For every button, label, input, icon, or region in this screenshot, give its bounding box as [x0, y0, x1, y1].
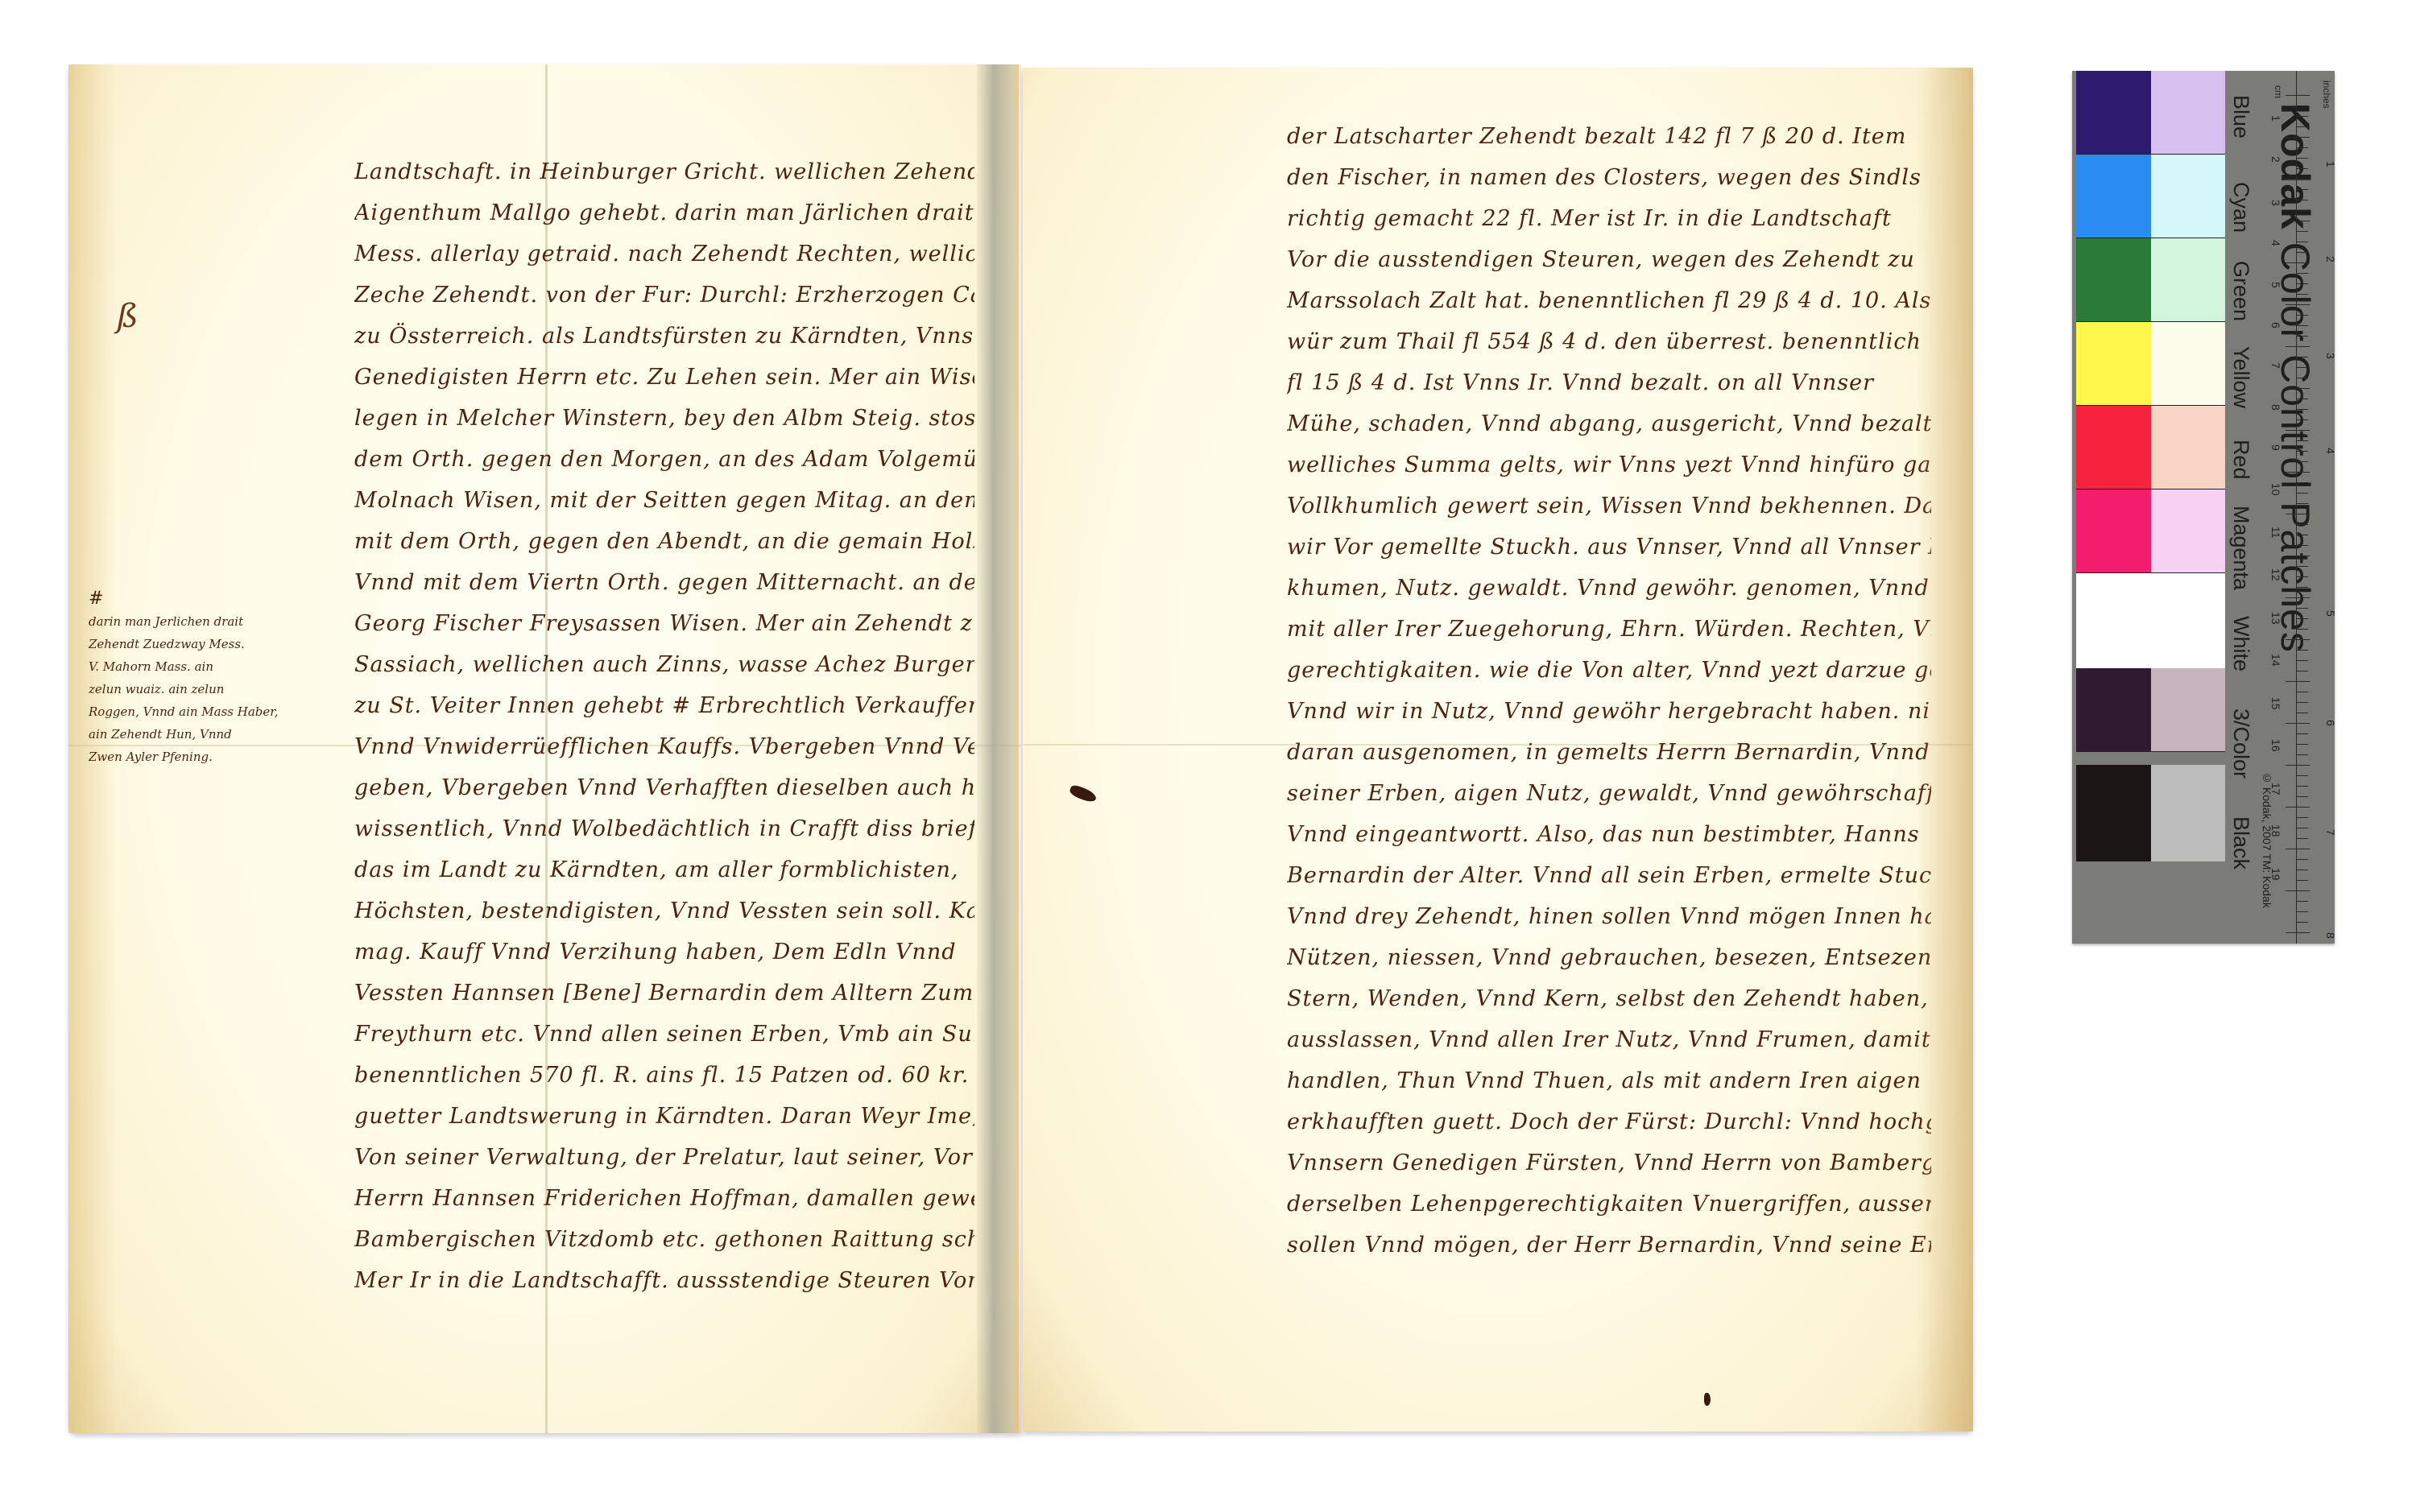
- ruler-tick: [2297, 817, 2308, 818]
- text-line: ausslassen, Vnnd allen Irer Nutz, Vnnd F…: [1287, 1019, 1931, 1060]
- margin-annotation-line: Zehendt Zuedzway Mess.: [89, 633, 279, 655]
- inch-tick-label: 4: [2324, 448, 2337, 454]
- text-line: Vnnsern Genedigen Fürsten, Vnnd Herrn vo…: [1287, 1142, 1931, 1184]
- cm-tick-label: 14: [2269, 654, 2282, 667]
- ruler-tick: [2297, 242, 2308, 242]
- text-line: das im Landt zu Kärndten, am aller formb…: [354, 849, 974, 890]
- cm-tick-label: 3: [2269, 200, 2282, 206]
- ruler-tick: [2297, 126, 2308, 127]
- text-line: Herrn Hannsen Friderichen Hoffman, damal…: [354, 1178, 974, 1219]
- ruler-tick: [2297, 733, 2308, 734]
- text-line: Stern, Wenden, Vnnd Kern, selbst den Zeh…: [1287, 978, 1931, 1019]
- text-line: welliches Summa gelts, wir Vnns yezt Vnn…: [1287, 444, 1931, 485]
- text-line: guetter Landtswerung in Kärndten. Daran …: [354, 1096, 974, 1137]
- margin-annotation-line: zelun wuaiz. ain zelun: [89, 678, 279, 700]
- patch-red-light: [2151, 406, 2225, 490]
- ruler-tick: [2297, 451, 2308, 452]
- text-line: Aigenthum Mallgo gehebt. darin man Järli…: [354, 192, 974, 233]
- text-line: Vnnd eingeantwortt. Also, das nun bestim…: [1287, 814, 1931, 855]
- ruler-tick: [2297, 200, 2308, 200]
- ruler-tick: [2297, 409, 2308, 410]
- inch-tick-label: 6: [2324, 720, 2337, 726]
- text-line: Bernardin der Alter. Vnnd all sein Erben…: [1287, 855, 1931, 896]
- text-line: mit aller Irer Zuegehorung, Ehrn. Würden…: [1287, 609, 1931, 650]
- ruler-tick: [2297, 252, 2308, 253]
- margin-annotation-line: Roggen, Vnnd ain Mass Haber,: [89, 700, 279, 723]
- ruler-tick: [2297, 419, 2308, 420]
- patch-3color-light: [2151, 668, 2225, 752]
- ruler-tick: [2297, 880, 2308, 881]
- text-line: Molnach Wisen, mit der Seitten gegen Mit…: [354, 480, 974, 521]
- patch-magenta-dark: [2076, 490, 2151, 573]
- ruler-tick: [2286, 890, 2310, 891]
- text-line: Bambergischen Vitzdomb etc. gethonen Rai…: [354, 1219, 974, 1260]
- ruler-tick: [2297, 870, 2308, 870]
- margin-mark: ß: [117, 298, 139, 335]
- cm-tick-label: 1: [2269, 115, 2282, 122]
- ruler-tick: [2297, 618, 2308, 619]
- ruler-tick: [2297, 775, 2308, 776]
- ruler-tick: [2297, 524, 2308, 525]
- text-line: Vnnd Vnwiderrüefflichen Kauffs. Vbergebe…: [354, 726, 974, 767]
- cm-tick-label: 18: [2269, 824, 2282, 837]
- text-line: derselben Lehenpgerechtigkaiten Vnuergri…: [1287, 1184, 1931, 1225]
- text-line: sollen Vnnd mögen, der Herr Bernardin, V…: [1287, 1225, 1931, 1266]
- ruler-tick: [2297, 545, 2308, 546]
- text-line: fl 15 ß 4 d. Ist Vnns Ir. Vnnd bezalt. o…: [1287, 362, 1931, 403]
- patch-cyan-light: [2151, 155, 2225, 238]
- text-line: dem Orth. gegen den Morgen, an des Adam …: [354, 439, 974, 480]
- ruler-tick: [2297, 660, 2308, 661]
- ruler-tick: [2286, 95, 2310, 96]
- ruler-tick: [2297, 399, 2308, 399]
- patch-black-dark: [2076, 765, 2151, 861]
- ruler-tick: [2286, 514, 2310, 514]
- text-line: Mühe, schaden, Vnnd abgang, ausgericht, …: [1287, 403, 1931, 444]
- inch-tick-label: 8: [2324, 932, 2337, 939]
- kodak-color-control-card: Kodak Color Control Patches Blue Cyan Gr…: [2072, 71, 2335, 944]
- ruler-tick: [2286, 304, 2310, 305]
- ruler-tick: [2297, 744, 2308, 745]
- ruler-tick: [2297, 105, 2308, 106]
- ruler-tick: [2297, 922, 2308, 923]
- ruler-tick: [2297, 828, 2308, 828]
- ruler-tick: [2286, 597, 2310, 598]
- text-line: Vnnd drey Zehendt, hinen sollen Vnnd mög…: [1287, 896, 1931, 937]
- cm-tick-label: 16: [2269, 739, 2282, 752]
- ruler-tick: [2297, 754, 2308, 755]
- ruler-tick: [2297, 566, 2308, 567]
- text-line: gerechtigkaiten. wie die Von alter, Vnnd…: [1287, 650, 1931, 691]
- label-red: Red: [2228, 440, 2253, 480]
- text-line: Nützen, niessen, Vnnd gebrauchen, beseze…: [1287, 937, 1931, 978]
- patch-green-dark: [2076, 238, 2151, 322]
- text-line: Sassiach, wellichen auch Zinns, wasse Ac…: [354, 644, 974, 685]
- text-line: Marssolach Zalt hat. benenntlichen fl 29…: [1287, 280, 1931, 321]
- cm-tick-label: 2: [2269, 156, 2282, 163]
- ruler-tick: [2297, 859, 2308, 860]
- ruler-tick: [2297, 116, 2308, 117]
- label-magenta: Magenta: [2228, 506, 2253, 590]
- inch-tick-label: 5: [2324, 610, 2337, 617]
- text-line: daran ausgenomen, in gemelts Herrn Berna…: [1287, 732, 1931, 773]
- text-line: erkhaufften guett. Doch der Fürst: Durch…: [1287, 1101, 1931, 1142]
- ruler-tick: [2297, 273, 2308, 274]
- ruler-tick: [2297, 189, 2308, 190]
- patch-yellow-dark: [2076, 322, 2151, 406]
- patch-blue-light: [2151, 71, 2225, 155]
- text-line: Mess. allerlay getraid. nach Zehendt Rec…: [354, 233, 974, 275]
- ruler-tick: [2297, 336, 2308, 337]
- ruler-tick: [2286, 221, 2310, 221]
- ruler-tick: [2297, 367, 2308, 368]
- binding-gutter-shadow: [977, 64, 1019, 1433]
- ruler-tick: [2297, 315, 2308, 316]
- ruler-scale: Kodak Color Control Patches Blue Cyan Gr…: [2225, 71, 2335, 944]
- ink-blot: [1069, 783, 1098, 804]
- ruler-tick: [2286, 388, 2310, 389]
- ruler-tick: [2286, 932, 2310, 933]
- ruler-tick: [2297, 535, 2308, 535]
- cm-tick-label: 5: [2269, 282, 2282, 288]
- text-line: richtig gemacht 22 fl. Mer ist Ir. in di…: [1287, 198, 1931, 239]
- right-page-body-text: der Latscharter Zehendt bezalt 142 fl 7 …: [1287, 116, 1931, 1266]
- ruler-tick: [2286, 346, 2310, 347]
- ruler-tick: [2297, 440, 2308, 441]
- cm-tick-label: 9: [2269, 444, 2282, 451]
- text-line: seiner Erben, aigen Nutz, gewaldt, Vnnd …: [1287, 773, 1931, 814]
- text-line: Von seiner Verwaltung, der Prelatur, lau…: [354, 1137, 974, 1178]
- ruler-tick: [2286, 765, 2310, 766]
- ruler-tick: [2297, 587, 2308, 588]
- text-line: legen in Melcher Winstern, bey den Albm …: [354, 398, 974, 439]
- margin-annotation-line: Zwen Ayler Pfening.: [89, 746, 279, 768]
- ink-spot: [1704, 1393, 1711, 1406]
- patch-green-light: [2151, 238, 2225, 322]
- ruler-tick: [2297, 576, 2308, 577]
- cm-tick-label: 11: [2269, 527, 2282, 539]
- cm-tick-label: 17: [2269, 783, 2282, 795]
- text-line: Genedigisten Herrn etc. Zu Lehen sein. M…: [354, 357, 974, 398]
- patch-3color-dark: [2076, 668, 2151, 752]
- ruler-tick: [2286, 137, 2310, 138]
- patch-red-dark: [2076, 406, 2151, 490]
- ruler-tick: [2286, 681, 2310, 682]
- cm-tick-label: 10: [2269, 483, 2282, 496]
- ruler-tick: [2297, 493, 2308, 494]
- text-line: Vnnd mit dem Viertn Orth. gegen Mitterna…: [354, 562, 974, 603]
- ruler-tick: [2286, 723, 2310, 724]
- ruler-tick: [2286, 430, 2310, 431]
- ruler-tick: [2297, 168, 2308, 169]
- manuscript-left-page: ß # darin man Jerlichen drait Zehendt Zu…: [68, 64, 1021, 1433]
- ruler-tick: [2297, 231, 2308, 232]
- ruler-tick: [2297, 283, 2308, 284]
- ruler-tick: [2297, 650, 2308, 651]
- cm-tick-label: 15: [2269, 697, 2282, 710]
- ruler-tick: [2297, 378, 2308, 378]
- ruler-tick: [2297, 702, 2308, 703]
- cm-tick-label: 12: [2269, 568, 2282, 581]
- ruler-tick: [2297, 692, 2308, 692]
- cm-tick-label: 13: [2269, 612, 2282, 625]
- label-white: White: [2228, 616, 2253, 671]
- ruler-tick: [2286, 807, 2310, 808]
- ruler-tick: [2297, 608, 2308, 609]
- margin-annotation-line: darin man Jerlichen drait: [89, 610, 279, 633]
- text-line: zu St. Veiter Innen gehebt # Erbrechtlic…: [354, 685, 974, 726]
- margin-annotation-symbol: #: [89, 588, 279, 610]
- cm-tick-label: 19: [2269, 868, 2282, 881]
- cm-tick-label: 4: [2269, 240, 2282, 246]
- text-line: benenntlichen 570 fl. R. ains fl. 15 Pat…: [354, 1055, 974, 1096]
- ruler-tick: [2286, 556, 2310, 556]
- patch-blue-dark: [2076, 71, 2151, 155]
- ruler-tick: [2297, 147, 2308, 148]
- patch-yellow-light: [2151, 322, 2225, 406]
- ruler-tick: [2297, 713, 2308, 713]
- unit-cm-label: cm: [2273, 85, 2284, 98]
- text-line: Zeche Zehendt. von der Fur: Durchl: Erzh…: [354, 275, 974, 316]
- margin-annotation: # darin man Jerlichen drait Zehendt Zued…: [89, 588, 279, 768]
- text-line: wissentlich, Vnnd Wolbedächtlich in Craf…: [354, 808, 974, 849]
- text-line: mag. Kauff Vnnd Verzihung haben, Dem Edl…: [354, 932, 974, 973]
- text-line: Georg Fischer Freysassen Wisen. Mer ain …: [354, 603, 974, 644]
- patch-white: [2076, 573, 2225, 668]
- text-line: Mer Ir in die Landtschafft. aussstendige…: [354, 1260, 974, 1301]
- manuscript-right-page: der Latscharter Zehendt bezalt 142 fl 7 …: [1023, 68, 1973, 1431]
- cm-tick-label: 7: [2269, 362, 2282, 369]
- label-blue: Blue: [2228, 95, 2253, 138]
- text-line: Freythurn etc. Vnnd allen seinen Erben, …: [354, 1014, 974, 1055]
- margin-annotation-line: ain Zehendt Hun, Vnnd: [89, 723, 279, 746]
- cm-tick-label: 8: [2269, 404, 2282, 411]
- ruler-tick: [2297, 503, 2308, 504]
- label-yellow: Yellow: [2228, 346, 2253, 408]
- ruler-tick: [2297, 357, 2308, 357]
- ruler-tick: [2297, 671, 2308, 671]
- text-line: handlen, Thun Vnnd Thuen, als mit andern…: [1287, 1060, 1931, 1101]
- measurement-ticks: cm inches 1 2 3 4 5 6 7 8 9 10 11 12 13 …: [2296, 71, 2335, 944]
- ruler-tick: [2297, 294, 2308, 295]
- ruler-tick: [2286, 639, 2310, 640]
- inch-tick-label: 2: [2324, 256, 2337, 262]
- ruler-tick: [2297, 838, 2308, 839]
- ruler-tick: [2297, 210, 2308, 211]
- ruler-tick: [2297, 796, 2308, 797]
- text-line: Vnnd wir in Nutz, Vnnd gewöhr hergebrach…: [1287, 691, 1931, 732]
- inch-tick-label: 3: [2324, 353, 2337, 359]
- label-3color: 3/Color: [2228, 708, 2253, 779]
- ruler-tick: [2297, 911, 2308, 912]
- ruler-tick: [2297, 325, 2308, 326]
- text-line: den Fischer, in namen des Closters, wege…: [1287, 157, 1931, 198]
- text-line: der Latscharter Zehendt bezalt 142 fl 7 …: [1287, 116, 1931, 157]
- text-line: wir Vor gemellte Stuckh. aus Vnnser, Vnn…: [1287, 527, 1931, 568]
- cm-tick-label: 6: [2269, 322, 2282, 328]
- inch-tick-label: 7: [2324, 829, 2337, 836]
- inch-tick-label: 1: [2324, 161, 2337, 167]
- left-page-body-text: Landtschaft. in Heinburger Gricht. welli…: [354, 151, 974, 1301]
- ruler-tick: [2297, 461, 2308, 462]
- text-line: Landtschaft. in Heinburger Gricht. welli…: [354, 151, 974, 192]
- text-line: Vessten Hannsen [Bene] Bernardin dem All…: [354, 973, 974, 1014]
- text-line: Vor die ausstendigen Steuren, wegen des …: [1287, 239, 1931, 280]
- ruler-tick: [2297, 158, 2308, 159]
- ruler-tick: [2297, 629, 2308, 630]
- patch-magenta-light: [2151, 490, 2225, 573]
- ruler-tick: [2297, 901, 2308, 902]
- ruler-tick: [2286, 472, 2310, 473]
- text-line: Vollkhumlich gewert sein, Wissen Vnnd be…: [1287, 485, 1931, 527]
- label-black: Black: [2228, 816, 2253, 870]
- ruler-tick: [2297, 482, 2308, 483]
- text-line: wür zum Thail fl 554 ß 4 d. den überrest…: [1287, 321, 1931, 362]
- patch-cyan-dark: [2076, 155, 2151, 238]
- ruler-tick: [2286, 262, 2310, 263]
- text-line: zu Össterreich. als Landtsfürsten zu Kär…: [354, 316, 974, 357]
- ruler-tick: [2286, 179, 2310, 180]
- text-line: Höchsten, bestendigisten, Vnnd Vessten s…: [354, 890, 974, 932]
- text-line: geben, Vbergeben Vnnd Verhafften dieselb…: [354, 767, 974, 808]
- label-green: Green: [2228, 261, 2253, 321]
- unit-inches-label: inches: [2321, 81, 2332, 109]
- patch-black-light: [2151, 765, 2225, 861]
- text-line: mit dem Orth, gegen den Abendt, an die g…: [354, 521, 974, 562]
- label-cyan: Cyan: [2228, 182, 2253, 233]
- margin-annotation-line: V. Mahorn Mass. ain: [89, 655, 279, 678]
- text-line: khumen, Nutz. gewaldt. Vnnd gewöhr. geno…: [1287, 568, 1931, 609]
- ruler-tick: [2286, 849, 2310, 849]
- ruler-tick: [2297, 786, 2308, 787]
